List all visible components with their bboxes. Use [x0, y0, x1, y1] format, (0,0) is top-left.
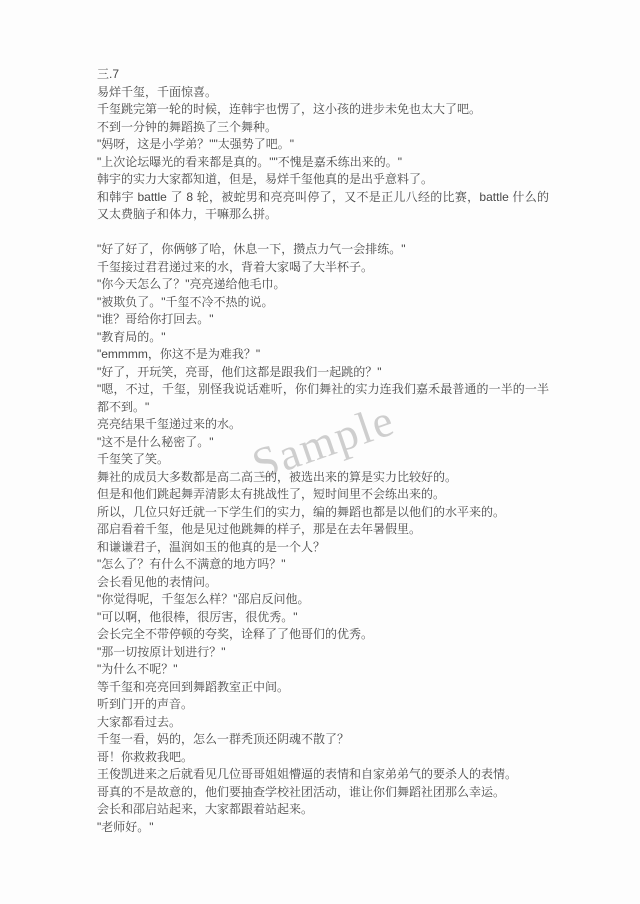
paragraph: 千玺笑了笑。 — [97, 451, 549, 469]
blank-line — [97, 224, 549, 242]
paragraph: 千玺跳完第一轮的时候，连韩宇也愣了，这小孩的进步未免也太大了吧。 — [97, 101, 549, 119]
paragraph: 邵启看着千玺，他是见过他跳舞的样子，那是在去年暑假里。 — [97, 521, 549, 539]
paragraph: "老师好。" — [97, 819, 549, 837]
paragraph: 等千玺和亮亮回到舞蹈教室正中间。 — [97, 679, 549, 697]
paragraph: 王俊凯进来之后就看见几位哥哥姐姐懵逼的表情和自家弟弟气的要杀人的表情。 — [97, 766, 549, 784]
paragraph: "可以啊，他很棒，很厉害，很优秀。" — [97, 609, 549, 627]
document-page: Sample 三.7 易烊千玺，千面惊喜。千玺跳完第一轮的时候，连韩宇也愣了，这… — [0, 0, 640, 904]
paragraph: 韩宇的实力大家都知道，但是，易烊千玺他真的是出乎意料了。 — [97, 171, 549, 189]
paragraph: "你今天怎么了？"亮亮递给他毛巾。 — [97, 276, 549, 294]
paragraph: "上次论坛曝光的看来都是真的。""不愧是嘉禾练出来的。" — [97, 154, 549, 172]
paragraph: 大家都看过去。 — [97, 714, 549, 732]
paragraph: 听到门开的声音。 — [97, 696, 549, 714]
paragraph: 和韩宇 battle 了 8 轮，被蛇男和亮亮叫停了，又不是正儿八经的比赛，ba… — [97, 189, 549, 224]
chapter-content: 三.7 易烊千玺，千面惊喜。千玺跳完第一轮的时候，连韩宇也愣了，这小孩的进步未免… — [97, 66, 549, 836]
paragraph: 不到一分钟的舞蹈换了三个舞种。 — [97, 119, 549, 137]
paragraph: 会长和邵启站起来，大家都跟着站起来。 — [97, 801, 549, 819]
paragraph: 所以，几位只好迁就一下学生们的实力，编的舞蹈也都是以他们的水平来的。 — [97, 504, 549, 522]
paragraph: "那一切按原计划进行？" — [97, 644, 549, 662]
paragraph: "妈呀，这是小学弟？""太强势了吧。" — [97, 136, 549, 154]
paragraph: 哥真的不是故意的，他们要抽查学校社团活动，谁让你们舞蹈社团那么幸运。 — [97, 784, 549, 802]
paragraph-list: 易烊千玺，千面惊喜。千玺跳完第一轮的时候，连韩宇也愣了，这小孩的进步未免也太大了… — [97, 84, 549, 837]
paragraph: 会长完全不带停顿的夸奖，诠释了了他哥们的优秀。 — [97, 626, 549, 644]
paragraph: 亮亮结果千玺递过来的水。 — [97, 416, 549, 434]
paragraph: "这不是什么秘密了。" — [97, 434, 549, 452]
paragraph: "你觉得呢，千玺怎么样？"邵启反问他。 — [97, 591, 549, 609]
paragraph: "好了好了，你俩够了哈，休息一下，攒点力气一会排练。" — [97, 241, 549, 259]
paragraph: 哥！你救救我吧。 — [97, 749, 549, 767]
paragraph: 千玺一看，妈的，怎么一群秃顶还阴魂不散了？ — [97, 731, 549, 749]
paragraph: 千玺接过君君递过来的水，背着大家喝了大半杯子。 — [97, 259, 549, 277]
paragraph: "谁？哥给你打回去。" — [97, 311, 549, 329]
paragraph: 舞社的成员大多数都是高二高三的，被选出来的算是实力比较好的。 — [97, 469, 549, 487]
paragraph: "怎么了？有什么不满意的地方吗？" — [97, 556, 549, 574]
paragraph: "被欺负了。"千玺不冷不热的说。 — [97, 294, 549, 312]
paragraph: "教育局的。" — [97, 329, 549, 347]
paragraph: 但是和他们跳起舞弄清影太有挑战性了，短时间里不会练出来的。 — [97, 486, 549, 504]
paragraph: 会长看见他的表情问。 — [97, 574, 549, 592]
paragraph: 易烊千玺，千面惊喜。 — [97, 84, 549, 102]
paragraph: "emmmm，你这不是为难我？" — [97, 346, 549, 364]
paragraph: "为什么不呢？" — [97, 661, 549, 679]
paragraph: 和谦谦君子，温润如玉的他真的是一个人？ — [97, 539, 549, 557]
chapter-title: 三.7 — [97, 66, 549, 84]
paragraph: "嗯，不过，千玺，别怪我说话难听，你们舞社的实力连我们嘉禾最普通的一半的一半都不… — [97, 381, 549, 416]
paragraph: "好了，开玩笑，亮哥，他们这都是跟我们一起跳的？" — [97, 364, 549, 382]
